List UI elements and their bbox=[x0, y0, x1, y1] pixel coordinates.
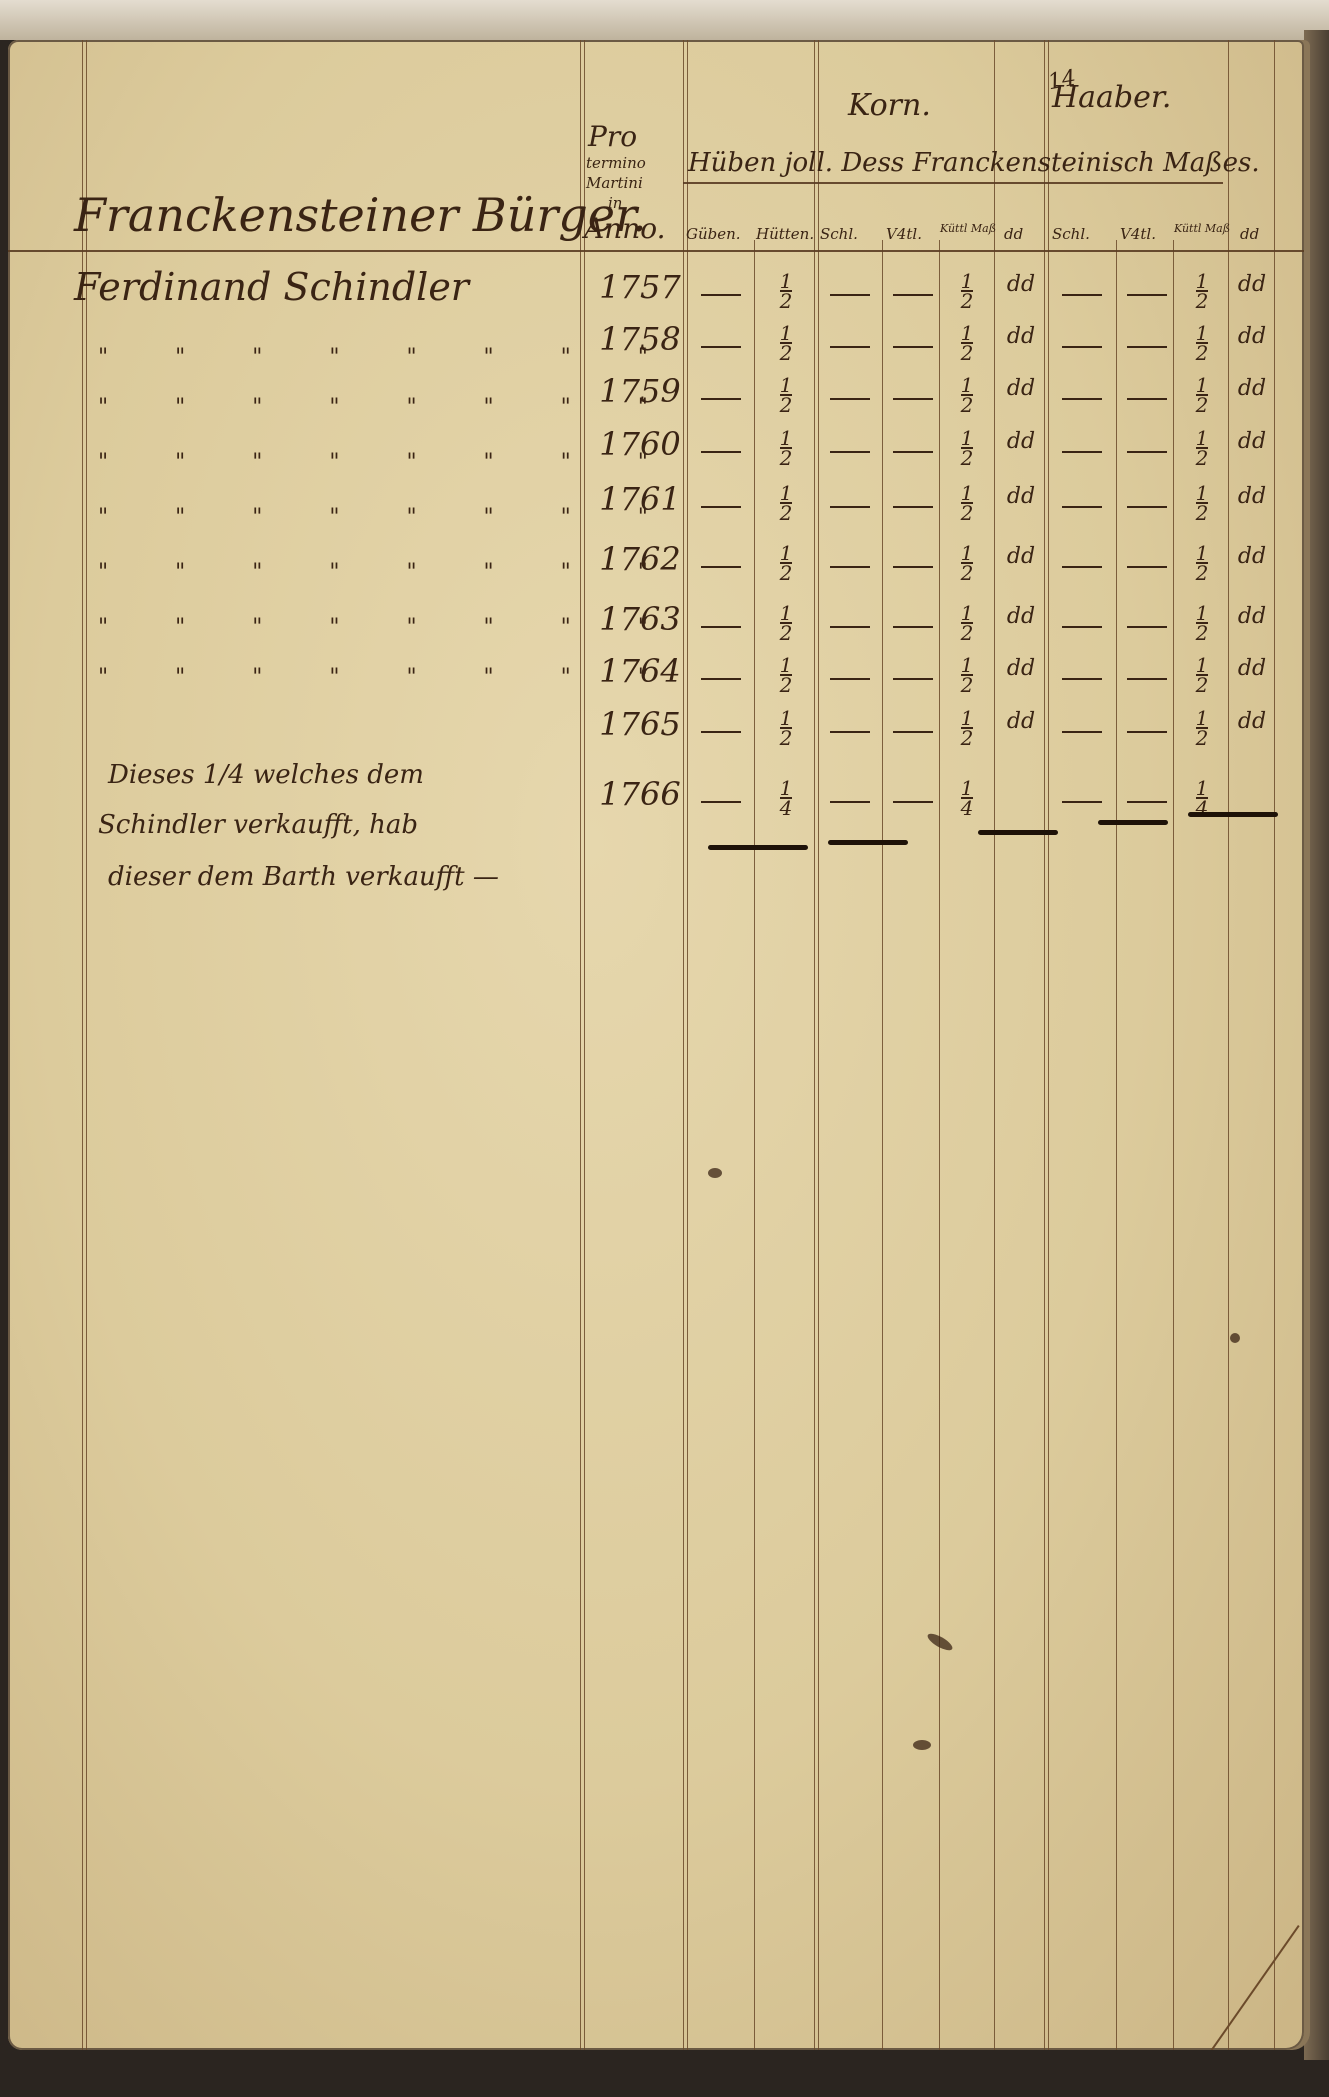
ledger-cell bbox=[818, 334, 882, 359]
ledger-cell: 12 bbox=[1176, 656, 1228, 698]
date-header-in: in bbox=[608, 195, 622, 212]
year-cell: 1759 bbox=[590, 372, 690, 410]
ledger-cell bbox=[818, 719, 882, 744]
ledger-cell: dd bbox=[998, 324, 1044, 349]
ledger-cell: dd bbox=[998, 544, 1044, 569]
subcol-kuettl: Küttl Maß bbox=[940, 220, 996, 237]
ledger-cell: dd bbox=[1230, 429, 1274, 454]
ledger-cell bbox=[818, 614, 882, 639]
ledger-cell bbox=[818, 386, 882, 411]
ledger-cell bbox=[1120, 614, 1174, 639]
ledger-cell bbox=[886, 334, 940, 359]
ledger-cell bbox=[688, 666, 754, 691]
ledger-cell: 12 bbox=[940, 656, 994, 698]
ledger-cell: 12 bbox=[940, 429, 994, 471]
ledger-cell bbox=[1120, 439, 1174, 464]
burger-name: Ferdinand Schindler bbox=[74, 265, 469, 309]
ledger-cell bbox=[1048, 719, 1116, 744]
year-cell: 1766 bbox=[590, 775, 690, 813]
ledger-cell bbox=[1048, 386, 1116, 411]
ledger-cell bbox=[818, 494, 882, 519]
date-header-termino: termino bbox=[586, 155, 646, 172]
ledger-cell bbox=[886, 282, 940, 307]
margin-line bbox=[82, 40, 83, 2050]
ledger-cell bbox=[886, 666, 940, 691]
ledger-cell: 14 bbox=[940, 779, 994, 821]
ledger-cell bbox=[886, 614, 940, 639]
ledger-cell: 12 bbox=[758, 376, 814, 418]
book-edge bbox=[1304, 30, 1329, 2060]
ledger-cell: dd bbox=[1230, 604, 1274, 629]
ledger-cell: 12 bbox=[758, 324, 814, 366]
year-cell: 1760 bbox=[590, 425, 690, 463]
ledger-cell: 12 bbox=[1176, 604, 1228, 646]
closing-stroke bbox=[828, 840, 908, 845]
ledger-cell bbox=[688, 789, 754, 814]
header-rule bbox=[8, 250, 1304, 252]
ledger-cell bbox=[886, 719, 940, 744]
group-underline bbox=[683, 182, 1223, 184]
year-cell: 1761 bbox=[590, 480, 690, 518]
ledger-cell bbox=[688, 554, 754, 579]
ledger-cell: 12 bbox=[1176, 709, 1228, 751]
ledger-cell bbox=[1120, 789, 1174, 814]
ledger-cell bbox=[1120, 554, 1174, 579]
ledger-cell bbox=[1120, 282, 1174, 307]
ink-stain bbox=[913, 1740, 931, 1750]
ledger-cell: 12 bbox=[940, 604, 994, 646]
note-line-1: Dieses 1/4 welches dem bbox=[108, 760, 424, 790]
ledger-cell bbox=[818, 554, 882, 579]
measure-header: Hüben joll. Dess Franckensteinisch Maßes… bbox=[688, 148, 1260, 178]
ledger-cell: 12 bbox=[940, 484, 994, 526]
ledger-cell bbox=[886, 386, 940, 411]
closing-stroke bbox=[1188, 812, 1278, 817]
ledger-cell: 12 bbox=[940, 272, 994, 314]
ledger-cell bbox=[818, 789, 882, 814]
ledger-cell: 12 bbox=[1176, 324, 1228, 366]
ledger-cell bbox=[1120, 719, 1174, 744]
subcol-v4tl-2: V4tl. bbox=[1120, 226, 1156, 243]
ledger-cell: dd bbox=[998, 656, 1044, 681]
ledger-cell: dd bbox=[998, 429, 1044, 454]
note-line-2: Schindler verkaufft, hab bbox=[98, 810, 418, 840]
ledger-cell: 12 bbox=[1176, 484, 1228, 526]
ledger-cell: dd bbox=[1230, 272, 1274, 297]
ledger-cell: dd bbox=[1230, 656, 1274, 681]
rule-line bbox=[1044, 40, 1045, 2050]
ledger-cell bbox=[1120, 334, 1174, 359]
ledger-cell bbox=[688, 439, 754, 464]
ledger-cell: 12 bbox=[758, 544, 814, 586]
ledger-cell bbox=[1048, 334, 1116, 359]
ink-stain bbox=[925, 1631, 954, 1654]
subcol-v4tl: V4tl. bbox=[886, 226, 922, 243]
ledger-cell: dd bbox=[1230, 544, 1274, 569]
rule-line bbox=[1228, 40, 1229, 2050]
ledger-cell bbox=[818, 282, 882, 307]
year-cell: 1764 bbox=[590, 652, 690, 690]
ledger-cell bbox=[886, 789, 940, 814]
ledger-cell bbox=[818, 666, 882, 691]
ledger-cell: 12 bbox=[758, 429, 814, 471]
ledger-cell bbox=[688, 386, 754, 411]
year-cell: 1758 bbox=[590, 320, 690, 358]
rule-line bbox=[754, 240, 755, 2050]
ink-stain bbox=[1230, 1333, 1240, 1343]
ledger-cell: 12 bbox=[1176, 272, 1228, 314]
year-cell: 1763 bbox=[590, 600, 690, 638]
year-cell: 1765 bbox=[590, 705, 690, 743]
ledger-cell: dd bbox=[998, 272, 1044, 297]
ledger-cell: dd bbox=[998, 484, 1044, 509]
ledger-cell: dd bbox=[1230, 709, 1274, 734]
ledger-cell: 12 bbox=[758, 604, 814, 646]
subcol-dd-2: dd bbox=[1240, 226, 1259, 243]
subcol-schl: Schl. bbox=[820, 226, 858, 243]
ledger-cell: dd bbox=[1230, 324, 1274, 349]
ledger-cell bbox=[1048, 494, 1116, 519]
ledger-cell bbox=[1048, 282, 1116, 307]
ledger-cell: 12 bbox=[758, 484, 814, 526]
ledger-cell bbox=[1048, 666, 1116, 691]
ledger-cell: 12 bbox=[1176, 544, 1228, 586]
ledger-cell bbox=[818, 439, 882, 464]
date-header-anno: Anno. bbox=[584, 212, 666, 245]
ledger-cell: 12 bbox=[940, 544, 994, 586]
rule-line bbox=[814, 40, 815, 2050]
subcol-gueben: Güben. bbox=[686, 226, 741, 243]
ledger-cell bbox=[1048, 439, 1116, 464]
closing-stroke bbox=[978, 830, 1058, 835]
rule-line bbox=[1116, 240, 1117, 2050]
ledger-cell: 12 bbox=[940, 324, 994, 366]
subcol-dd: dd bbox=[1004, 226, 1023, 243]
rule-line bbox=[580, 40, 581, 2050]
korn-header: Korn. bbox=[848, 88, 931, 123]
date-header-martini: Martini bbox=[586, 175, 643, 192]
note-line-3: dieser dem Barth verkaufft — bbox=[108, 862, 499, 892]
rule-line bbox=[1274, 40, 1275, 2050]
ledger-cell: 12 bbox=[940, 709, 994, 751]
ledger-cell: 12 bbox=[940, 376, 994, 418]
ledger-cell: 12 bbox=[758, 272, 814, 314]
ledger-cell bbox=[688, 719, 754, 744]
ledger-cell bbox=[688, 334, 754, 359]
section-title: Franckensteiner Bürger. bbox=[74, 188, 647, 242]
ledger-cell bbox=[1048, 554, 1116, 579]
closing-stroke bbox=[1098, 820, 1168, 825]
ledger-cell bbox=[1048, 789, 1116, 814]
closing-stroke bbox=[708, 845, 808, 850]
ledger-cell: dd bbox=[1230, 376, 1274, 401]
ledger-cell: 12 bbox=[1176, 376, 1228, 418]
ledger-cell: dd bbox=[998, 709, 1044, 734]
ledger-cell bbox=[688, 494, 754, 519]
year-cell: 1762 bbox=[590, 540, 690, 578]
rule-line bbox=[882, 240, 883, 2050]
ledger-cell bbox=[1048, 614, 1116, 639]
ledger-cell bbox=[886, 554, 940, 579]
ledger-cell bbox=[1120, 494, 1174, 519]
photo-background-top bbox=[0, 0, 1329, 40]
ledger-cell: dd bbox=[1230, 484, 1274, 509]
page-fold bbox=[1189, 1925, 1300, 2050]
ink-stain bbox=[708, 1168, 722, 1178]
ledger-cell: 12 bbox=[1176, 429, 1228, 471]
ledger-cell: 12 bbox=[758, 709, 814, 751]
date-header-pro: Pro bbox=[588, 120, 637, 153]
haaber-header: Haaber. bbox=[1052, 80, 1171, 115]
ledger-page: 14 Franckensteiner Bürger. Pro termino M… bbox=[8, 40, 1304, 2050]
rule-line bbox=[994, 40, 995, 2050]
ledger-cell bbox=[1120, 386, 1174, 411]
ledger-cell: dd bbox=[998, 376, 1044, 401]
ledger-cell: 14 bbox=[758, 779, 814, 821]
ledger-cell: 12 bbox=[758, 656, 814, 698]
subcol-schl-2: Schl. bbox=[1052, 226, 1090, 243]
ledger-cell bbox=[1120, 666, 1174, 691]
subcol-kuettl-2: Küttl Maß bbox=[1174, 220, 1230, 237]
ledger-cell bbox=[688, 282, 754, 307]
ledger-cell bbox=[886, 439, 940, 464]
subcol-huetten: Hütten. bbox=[756, 226, 814, 243]
ledger-cell bbox=[688, 614, 754, 639]
ledger-cell bbox=[886, 494, 940, 519]
year-cell: 1757 bbox=[590, 268, 690, 306]
ledger-cell: dd bbox=[998, 604, 1044, 629]
